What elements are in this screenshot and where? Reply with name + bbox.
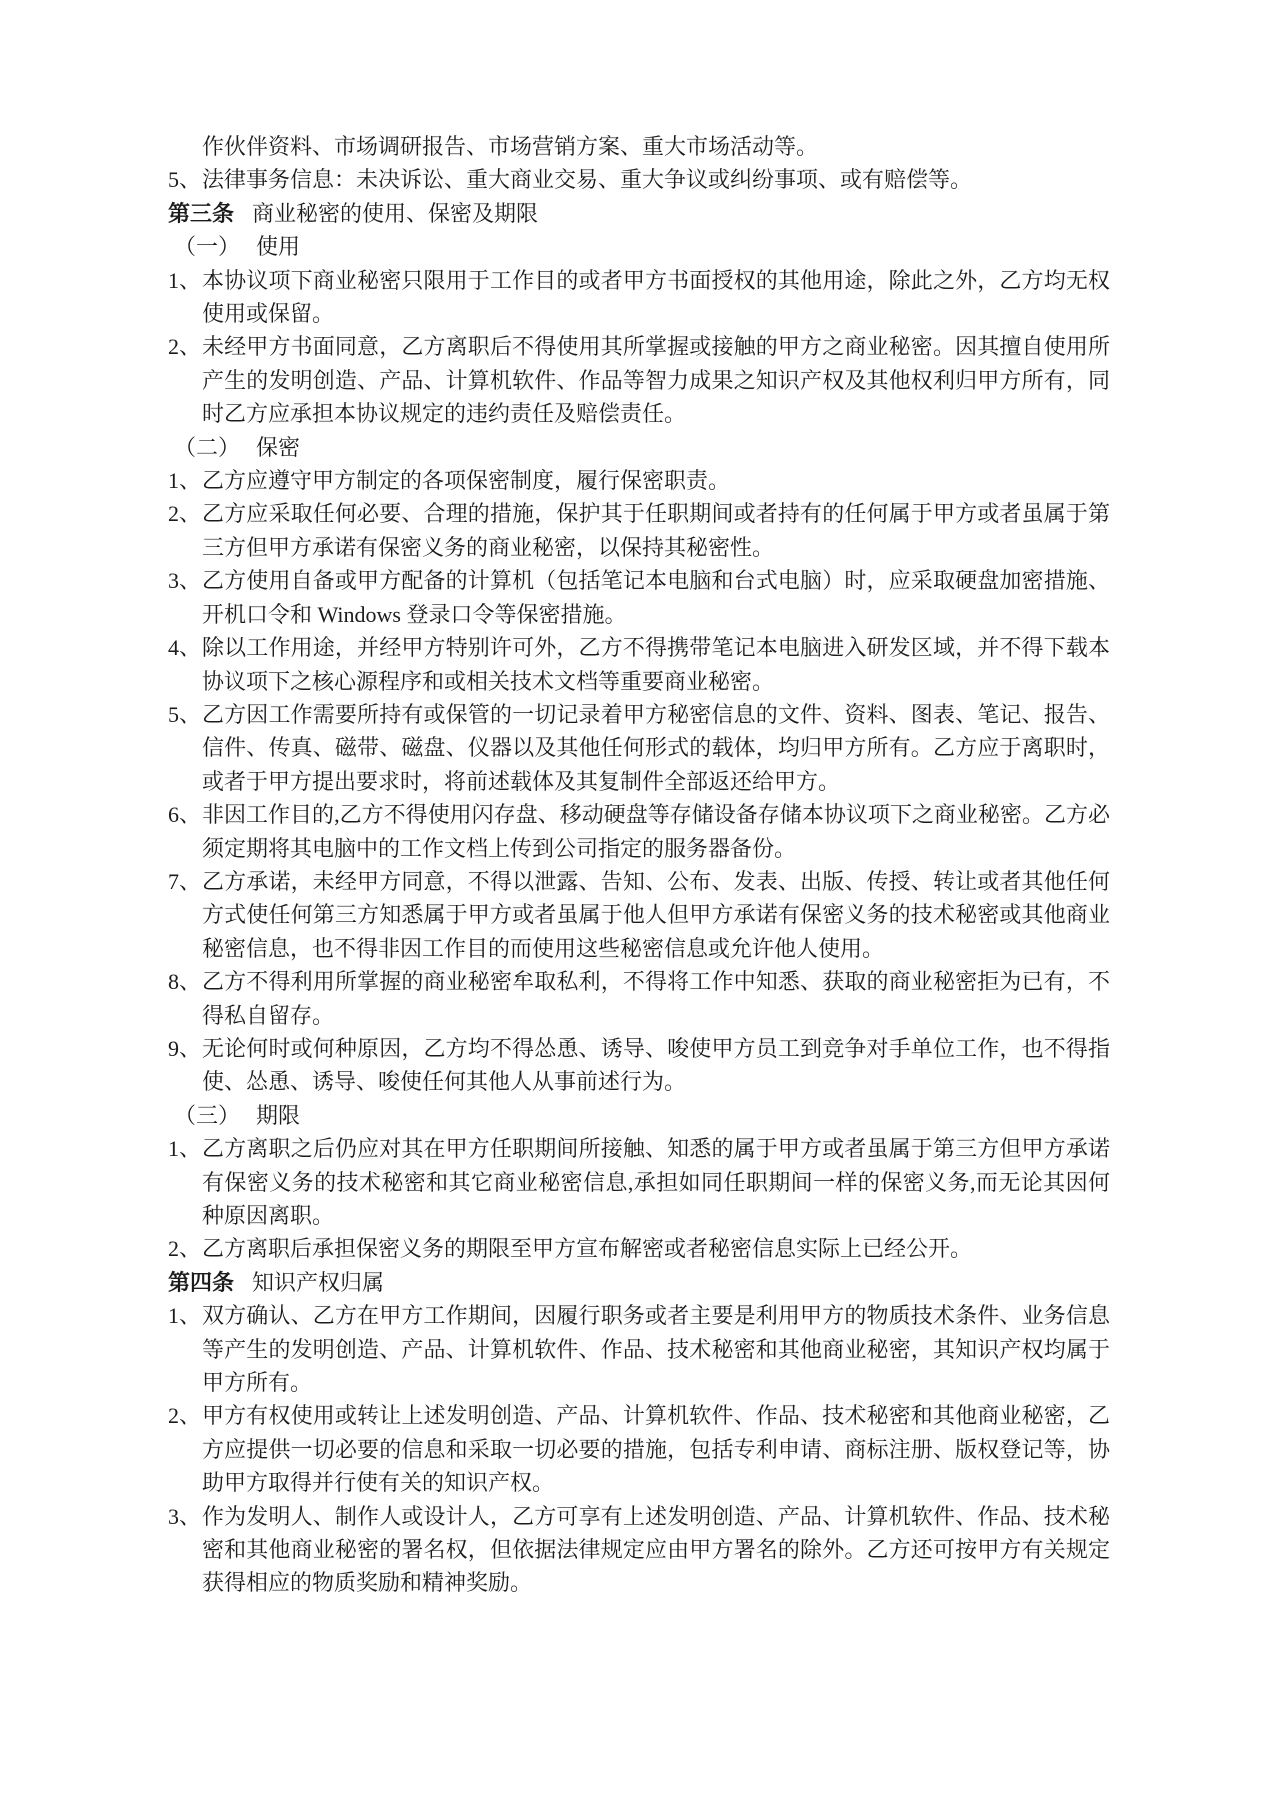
clause-text: 乙方离职之后仍应对其在甲方任职期间所接触、知悉的属于甲方或者虽属于第三方但甲方承… [202, 1136, 1110, 1228]
sub-section-heading: （二）保密 [168, 431, 1110, 464]
clause-text: 乙方不得利用所掌握的商业秘密牟取私利，不得将工作中知悉、获取的商业秘密拒为已有，… [202, 969, 1110, 1027]
clause-text: 双方确认、乙方在甲方工作期间，因履行职务或者主要是利用甲方的物质技术条件、业务信… [202, 1303, 1110, 1395]
clause-item: 1、乙方离职之后仍应对其在甲方任职期间所接触、知悉的属于甲方或者虽属于第三方但甲… [168, 1132, 1110, 1232]
clause-item: 6、非因工作目的,乙方不得使用闪存盘、移动硬盘等存储设备存储本协议项下之商业秘密… [168, 798, 1110, 865]
clause-text: 法律事务信息：未决诉讼、重大商业交易、重大争议或纠纷事项、或有赔偿等。 [202, 167, 972, 192]
clause-text: 本协议项下商业秘密只限用于工作目的或者甲方书面授权的其他用途，除此之外，乙方均无… [202, 268, 1110, 326]
clause-text: 甲方有权使用或转让上述发明创造、产品、计算机软件、作品、技术秘密和其他商业秘密，… [202, 1403, 1110, 1495]
clause-item: 2、乙方应采取任何必要、合理的措施，保护其于任职期间或者持有的任何属于甲方或者虽… [168, 497, 1110, 564]
sub-section-title: 保密 [256, 435, 300, 460]
clause-text: 无论何时或何种原因，乙方均不得怂恿、诱导、唆使甲方员工到竞争对手单位工作，也不得… [202, 1036, 1110, 1094]
document-page: 作伙伴资料、市场调研报告、市场营销方案、重大市场活动等。5、法律事务信息：未决诉… [0, 0, 1280, 1810]
clause-number: 1、 [168, 264, 201, 297]
clause-item: 1、乙方应遵守甲方制定的各项保密制度，履行保密职责。 [168, 464, 1110, 497]
sub-section-number: （三） [174, 1103, 240, 1128]
sub-section-title: 使用 [256, 234, 300, 259]
clause-item: 5、法律事务信息：未决诉讼、重大商业交易、重大争议或纠纷事项、或有赔偿等。 [168, 163, 1110, 196]
article-number: 第三条 [168, 201, 234, 226]
clause-text: 乙方因工作需要所持有或保管的一切记录着甲方秘密信息的文件、资料、图表、笔记、报告… [202, 702, 1110, 794]
clause-item: 7、乙方承诺，未经甲方同意，不得以泄露、告知、公布、发表、出版、传授、转让或者其… [168, 865, 1110, 965]
clause-item: 9、无论何时或何种原因，乙方均不得怂恿、诱导、唆使甲方员工到竞争对手单位工作，也… [168, 1032, 1110, 1099]
clause-number: 3、 [168, 564, 201, 597]
clause-item: 3、作为发明人、制作人或设计人，乙方可享有上述发明创造、产品、计算机软件、作品、… [168, 1500, 1110, 1600]
sub-section-title: 期限 [256, 1103, 300, 1128]
paragraph-continuation-line: 作伙伴资料、市场调研报告、市场营销方案、重大市场活动等。 [168, 130, 1110, 163]
clause-text: 除以工作用途，并经甲方特别许可外，乙方不得携带笔记本电脑进入研发区域，并不得下载… [202, 635, 1110, 693]
clause-item: 1、双方确认、乙方在甲方工作期间，因履行职务或者主要是利用甲方的物质技术条件、业… [168, 1299, 1110, 1399]
clause-number: 1、 [168, 1299, 201, 1332]
clause-text: 乙方离职后承担保密义务的期限至甲方宣布解密或者秘密信息实际上已经公开。 [202, 1236, 972, 1261]
clause-number: 4、 [168, 631, 201, 664]
clause-item: 2、乙方离职后承担保密义务的期限至甲方宣布解密或者秘密信息实际上已经公开。 [168, 1232, 1110, 1265]
clause-number: 2、 [168, 497, 201, 530]
clause-number: 1、 [168, 464, 201, 497]
article-heading: 第四条知识产权归属 [168, 1266, 1110, 1299]
clause-number: 5、 [168, 698, 201, 731]
clause-number: 9、 [168, 1032, 201, 1065]
clause-text: 乙方使用自备或甲方配备的计算机（包括笔记本电脑和台式电脑）时，应采取硬盘加密措施… [202, 568, 1110, 626]
clause-item: 5、乙方因工作需要所持有或保管的一切记录着甲方秘密信息的文件、资料、图表、笔记、… [168, 698, 1110, 798]
clause-item: 1、本协议项下商业秘密只限用于工作目的或者甲方书面授权的其他用途，除此之外，乙方… [168, 264, 1110, 331]
clause-item: 4、除以工作用途，并经甲方特别许可外，乙方不得携带笔记本电脑进入研发区域，并不得… [168, 631, 1110, 698]
clause-item: 2、未经甲方书面同意，乙方离职后不得使用其所掌握或接触的甲方之商业秘密。因其擅自… [168, 330, 1110, 430]
clause-number: 6、 [168, 798, 201, 831]
sub-section-number: （一） [174, 234, 240, 259]
clause-number: 2、 [168, 330, 201, 363]
clause-item: 3、乙方使用自备或甲方配备的计算机（包括笔记本电脑和台式电脑）时，应采取硬盘加密… [168, 564, 1110, 631]
sub-section-heading: （一）使用 [168, 230, 1110, 263]
clause-number: 3、 [168, 1500, 201, 1533]
clause-text: 乙方应采取任何必要、合理的措施，保护其于任职期间或者持有的任何属于甲方或者虽属于… [202, 501, 1110, 559]
clause-text: 作伙伴资料、市场调研报告、市场营销方案、重大市场活动等。 [202, 134, 818, 159]
clause-number: 2、 [168, 1232, 201, 1265]
article-title: 知识产权归属 [252, 1270, 384, 1295]
clause-number: 8、 [168, 965, 201, 998]
clause-number: 7、 [168, 865, 201, 898]
clause-text: 作为发明人、制作人或设计人，乙方可享有上述发明创造、产品、计算机软件、作品、技术… [202, 1504, 1110, 1596]
article-number: 第四条 [168, 1270, 234, 1295]
article-heading: 第三条商业秘密的使用、保密及期限 [168, 197, 1110, 230]
clause-number: 2、 [168, 1399, 201, 1432]
clause-item: 8、乙方不得利用所掌握的商业秘密牟取私利，不得将工作中知悉、获取的商业秘密拒为已… [168, 965, 1110, 1032]
clause-text: 乙方应遵守甲方制定的各项保密制度，履行保密职责。 [202, 468, 730, 493]
clause-text: 乙方承诺，未经甲方同意，不得以泄露、告知、公布、发表、出版、传授、转让或者其他任… [202, 869, 1110, 961]
sub-section-number: （二） [174, 435, 240, 460]
clause-item: 2、甲方有权使用或转让上述发明创造、产品、计算机软件、作品、技术秘密和其他商业秘… [168, 1399, 1110, 1499]
article-title: 商业秘密的使用、保密及期限 [252, 201, 538, 226]
clause-text: 未经甲方书面同意，乙方离职后不得使用其所掌握或接触的甲方之商业秘密。因其擅自使用… [202, 334, 1110, 426]
clause-number: 5、 [168, 163, 201, 196]
sub-section-heading: （三）期限 [168, 1099, 1110, 1132]
clause-number: 1、 [168, 1132, 201, 1165]
clause-text: 非因工作目的,乙方不得使用闪存盘、移动硬盘等存储设备存储本协议项下之商业秘密。乙… [202, 802, 1110, 860]
